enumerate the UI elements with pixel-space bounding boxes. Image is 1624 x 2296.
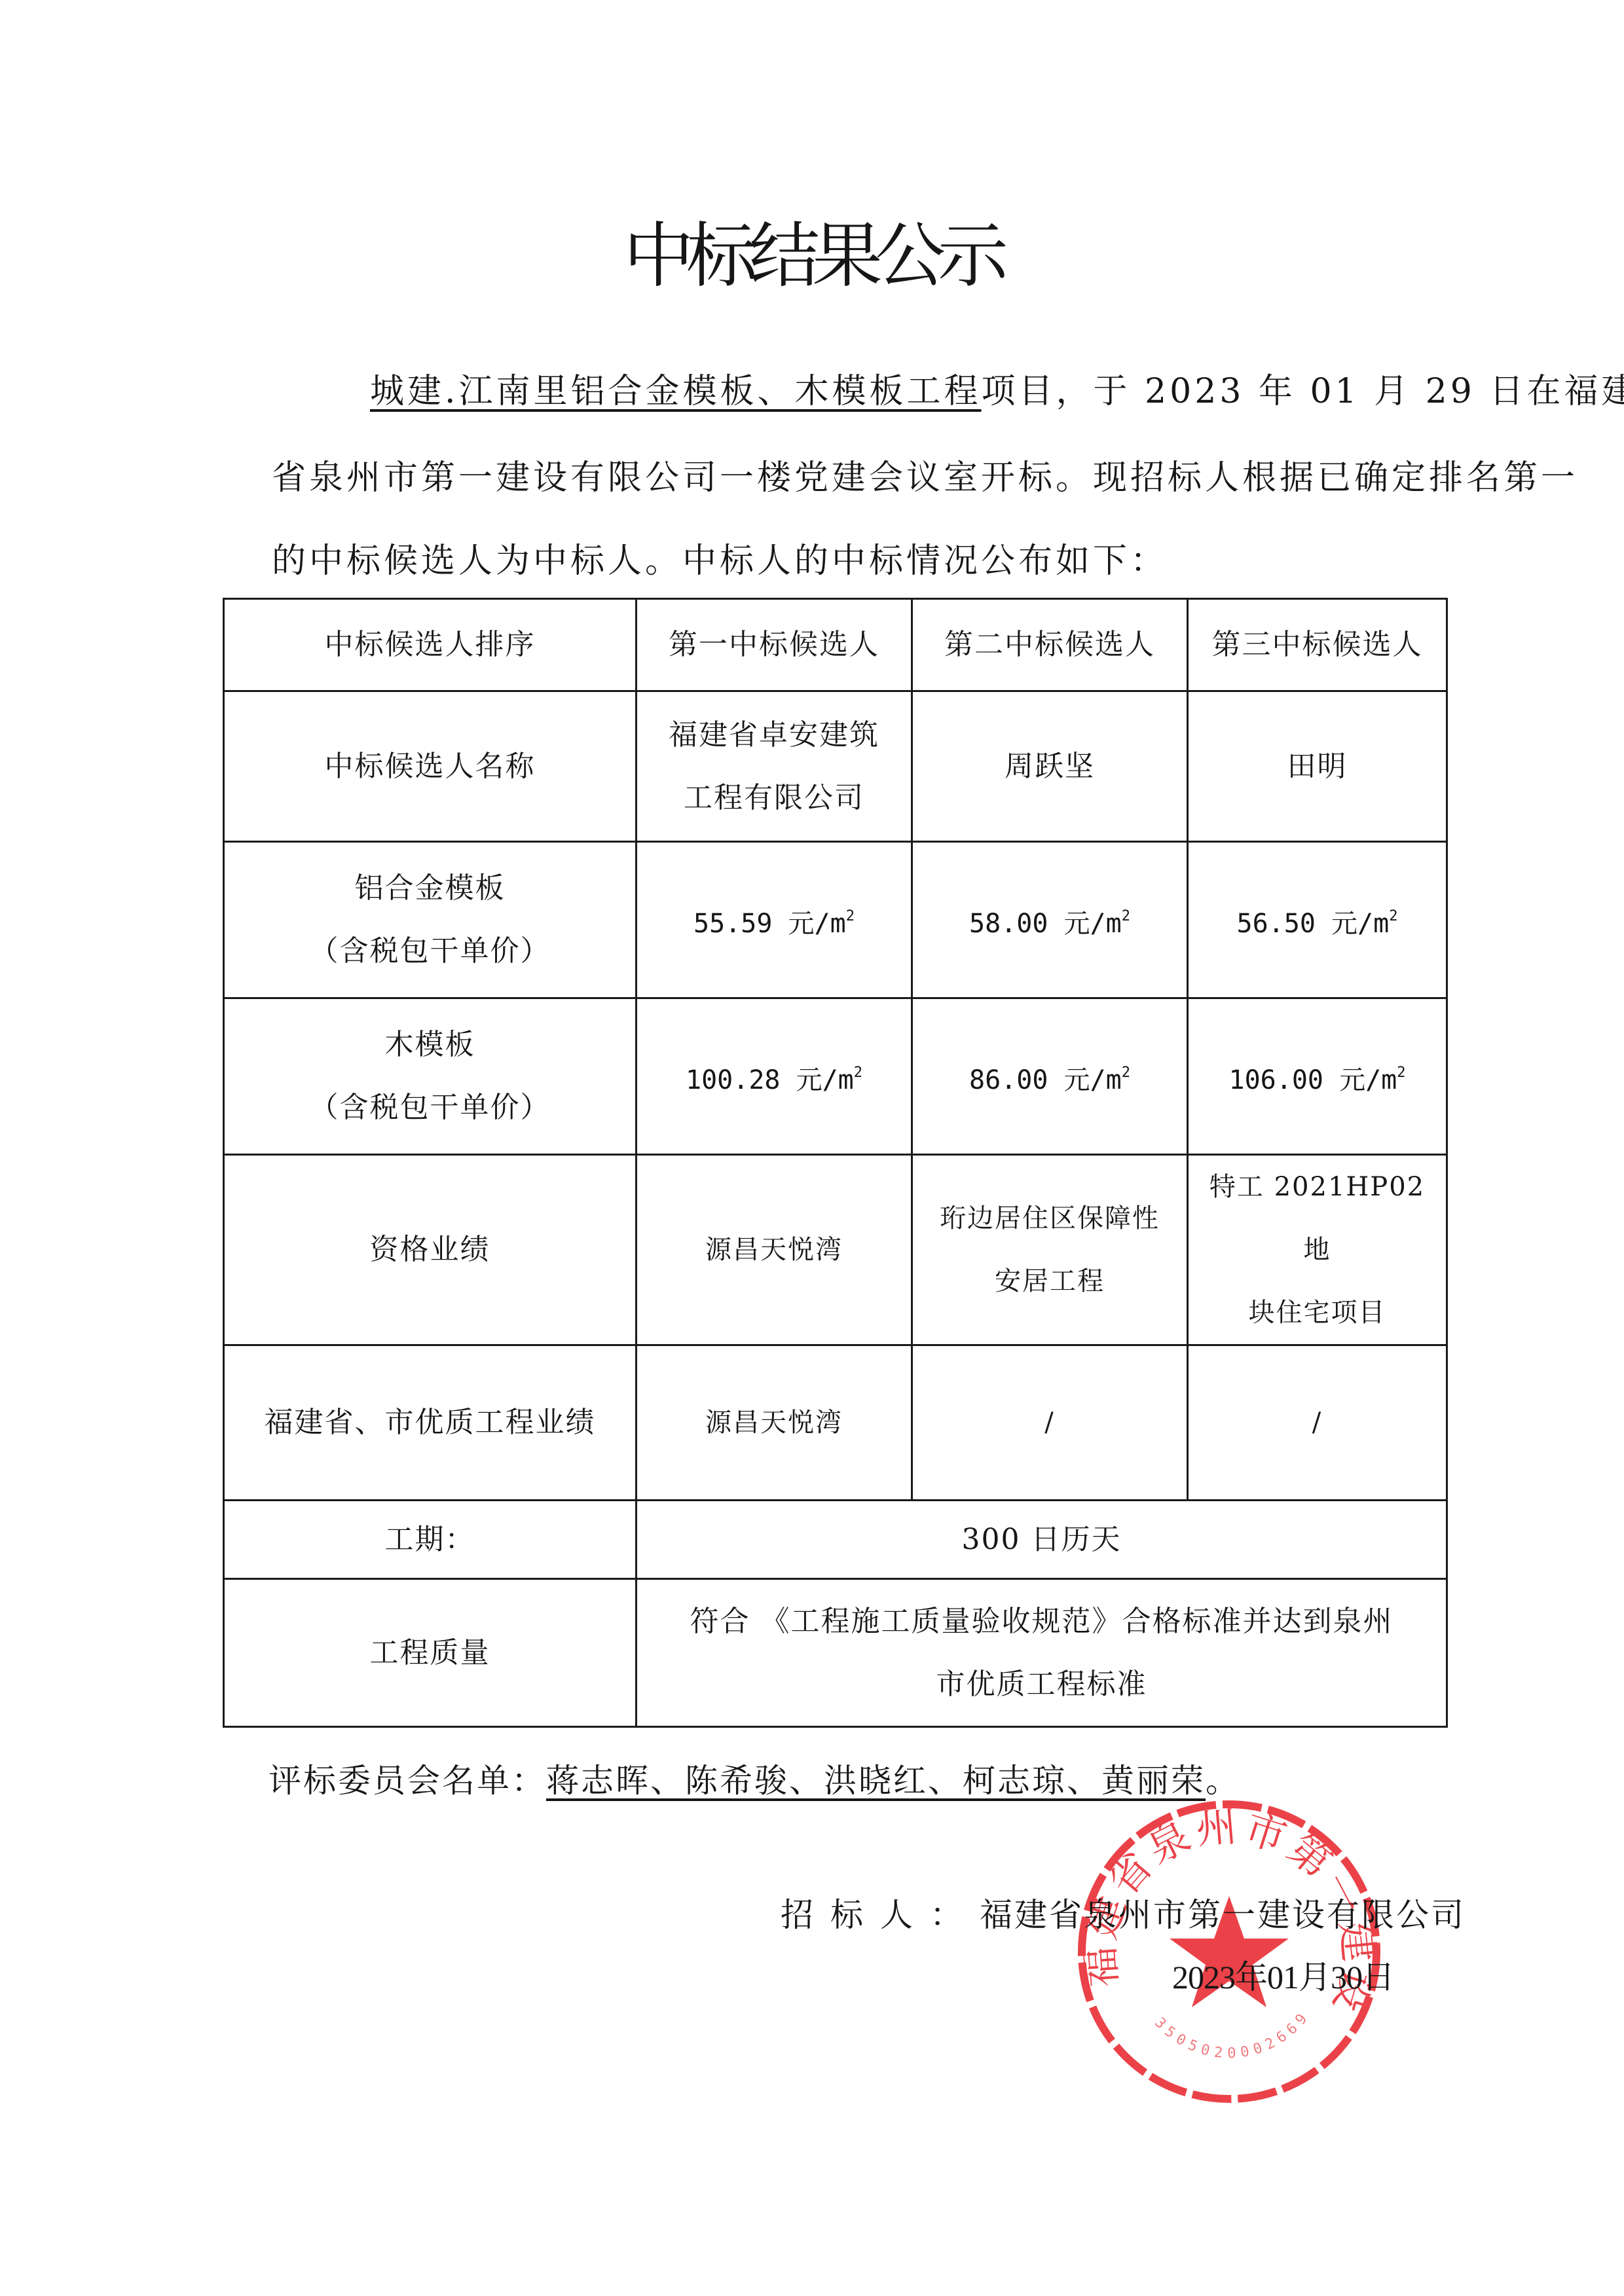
row-label: 中标候选人名称 (224, 691, 637, 842)
candidate-1-aluminum-price: 55.59 元/m2 (637, 842, 912, 998)
duration-value: 300 日历天 (637, 1501, 1447, 1579)
quality-value: 符合 《工程施工质量验收规范》合格标准并达到泉州 市优质工程标准 (637, 1579, 1447, 1727)
committee-end: 。 (1206, 1762, 1240, 1800)
candidate-3-qualification: 特工 2021HP02 地 块住宅项目 (1188, 1155, 1447, 1345)
svg-text:3505020002669: 3505020002669 (1151, 2007, 1314, 2062)
candidate-2-aluminum-price: 58.00 元/m2 (912, 842, 1188, 998)
document-title: 中标结果公示 (0, 211, 1624, 302)
row-label: 工程质量 (224, 1579, 637, 1727)
table-row-wood-price: 木模板 （含税包干单价） 100.28 元/m2 86.00 元/m2 106.… (224, 998, 1447, 1155)
row-label: 木模板 （含税包干单价） (224, 998, 637, 1155)
project-name: 城建.江南里铝合金模板、木模板工程 (370, 372, 982, 411)
candidate-1-name: 福建省卓安建筑 工程有限公司 (637, 691, 912, 842)
unit-superscript: 2 (1397, 1065, 1405, 1081)
intro-line-2: 省泉州市第一建设有限公司一楼党建会议室开标。现招标人根据已确定排名第一 (272, 455, 1578, 501)
row-label: 中标候选人排序 (224, 599, 637, 691)
row-label: 铝合金模板 （含税包干单价） (224, 842, 637, 998)
candidate-1-header: 第一中标候选人 (637, 599, 912, 691)
label-line: （含税包干单价） (231, 1076, 629, 1139)
candidate-3-name: 田明 (1188, 691, 1447, 842)
row-label: 福建省、市优质工程业绩 (224, 1345, 637, 1501)
tenderer-label: 招标人： (781, 1896, 980, 1934)
committee-members: 蒋志晖、陈希骏、洪晓红、柯志琼、黄丽荣 (546, 1762, 1206, 1800)
intro-line-1: 城建.江南里铝合金模板、木模板工程项目，于 2023 年 01 月 29 日在福… (370, 369, 1624, 414)
label-line: 铝合金模板 (231, 857, 629, 920)
seal-code: 3505020002669 (1151, 2007, 1314, 2062)
candidate-2-header: 第二中标候选人 (912, 599, 1188, 691)
label-line: （含税包干单价） (231, 920, 629, 983)
signature-date: 2023年01月30日 (1172, 1954, 1394, 2000)
bid-result-table: 中标候选人排序 第一中标候选人 第二中标候选人 第三中标候选人 中标候选人名称 … (223, 598, 1448, 1728)
seal-graphic: 福建省泉州市第一建设有限公司 3505020002669 (1075, 1798, 1383, 2105)
table-row-names: 中标候选人名称 福建省卓安建筑 工程有限公司 周跃坚 田明 (224, 691, 1447, 842)
tenderer-name: 福建省泉州市第一建设有限公司 (980, 1896, 1466, 1934)
committee-label: 评标委员会名单： (268, 1762, 546, 1800)
company-seal-icon: 福建省泉州市第一建设有限公司 3505020002669 (1075, 1798, 1383, 2105)
price-value: 58.00 元/m (969, 909, 1122, 939)
candidate-3-wood-price: 106.00 元/m2 (1188, 998, 1447, 1155)
price-value: 56.50 元/m (1237, 909, 1390, 939)
candidate-1-qualification: 源昌天悦湾 (637, 1155, 912, 1345)
label-line: 木模板 (231, 1013, 629, 1076)
price-value: 106.00 元/m (1229, 1065, 1397, 1095)
candidate-1-quality-project: 源昌天悦湾 (637, 1345, 912, 1501)
unit-superscript: 2 (1122, 1065, 1130, 1081)
unit-superscript: 2 (1389, 908, 1397, 924)
intro-line-3: 的中标候选人为中标人。中标人的中标情况公布如下： (272, 538, 1168, 584)
table-row-qualifications: 资格业绩 源昌天悦湾 珩边居住区保障性 安居工程 特工 2021HP02 地 块… (224, 1155, 1447, 1345)
table-row-aluminum-price: 铝合金模板 （含税包干单价） 55.59 元/m2 58.00 元/m2 56.… (224, 842, 1447, 998)
qualification-line: 安居工程 (919, 1250, 1180, 1313)
candidate-2-qualification: 珩边居住区保障性 安居工程 (912, 1155, 1188, 1345)
candidate-3-quality-project: / (1188, 1345, 1447, 1501)
table-row-ranking: 中标候选人排序 第一中标候选人 第二中标候选人 第三中标候选人 (224, 599, 1447, 691)
candidate-1-wood-price: 100.28 元/m2 (637, 998, 912, 1155)
quality-line: 符合 《工程施工质量验收规范》合格标准并达到泉州 (644, 1590, 1439, 1653)
qualification-line: 珩边居住区保障性 (919, 1187, 1180, 1250)
candidate-2-wood-price: 86.00 元/m2 (912, 998, 1188, 1155)
candidate-2-quality-project: / (912, 1345, 1188, 1501)
table-row-quality-projects: 福建省、市优质工程业绩 源昌天悦湾 / / (224, 1345, 1447, 1501)
intro-line-1-rest: 项目，于 2023 年 01 月 29 日在福建 (982, 372, 1624, 411)
qualification-line: 块住宅项目 (1195, 1281, 1439, 1344)
row-label: 工期： (224, 1501, 637, 1579)
unit-superscript: 2 (1122, 908, 1130, 924)
qualification-line: 特工 2021HP02 地 (1195, 1156, 1439, 1281)
name-line: 工程有限公司 (644, 767, 904, 829)
unit-superscript: 2 (854, 1065, 862, 1081)
quality-line: 市优质工程标准 (644, 1653, 1439, 1716)
price-value: 86.00 元/m (969, 1065, 1122, 1095)
tenderer-signature: 招标人：福建省泉州市第一建设有限公司 (781, 1892, 1466, 1938)
table-row-quality: 工程质量 符合 《工程施工质量验收规范》合格标准并达到泉州 市优质工程标准 (224, 1579, 1447, 1727)
name-line: 福建省卓安建筑 (644, 704, 904, 767)
price-value: 100.28 元/m (686, 1065, 854, 1095)
evaluation-committee: 评标委员会名单：蒋志晖、陈希骏、洪晓红、柯志琼、黄丽荣。 (268, 1758, 1240, 1804)
table-row-duration: 工期： 300 日历天 (224, 1501, 1447, 1579)
unit-superscript: 2 (846, 908, 855, 924)
price-value: 55.59 元/m (693, 909, 846, 939)
candidate-3-aluminum-price: 56.50 元/m2 (1188, 842, 1447, 998)
row-label: 资格业绩 (224, 1155, 637, 1345)
candidate-2-name: 周跃坚 (912, 691, 1188, 842)
candidate-3-header: 第三中标候选人 (1188, 599, 1447, 691)
